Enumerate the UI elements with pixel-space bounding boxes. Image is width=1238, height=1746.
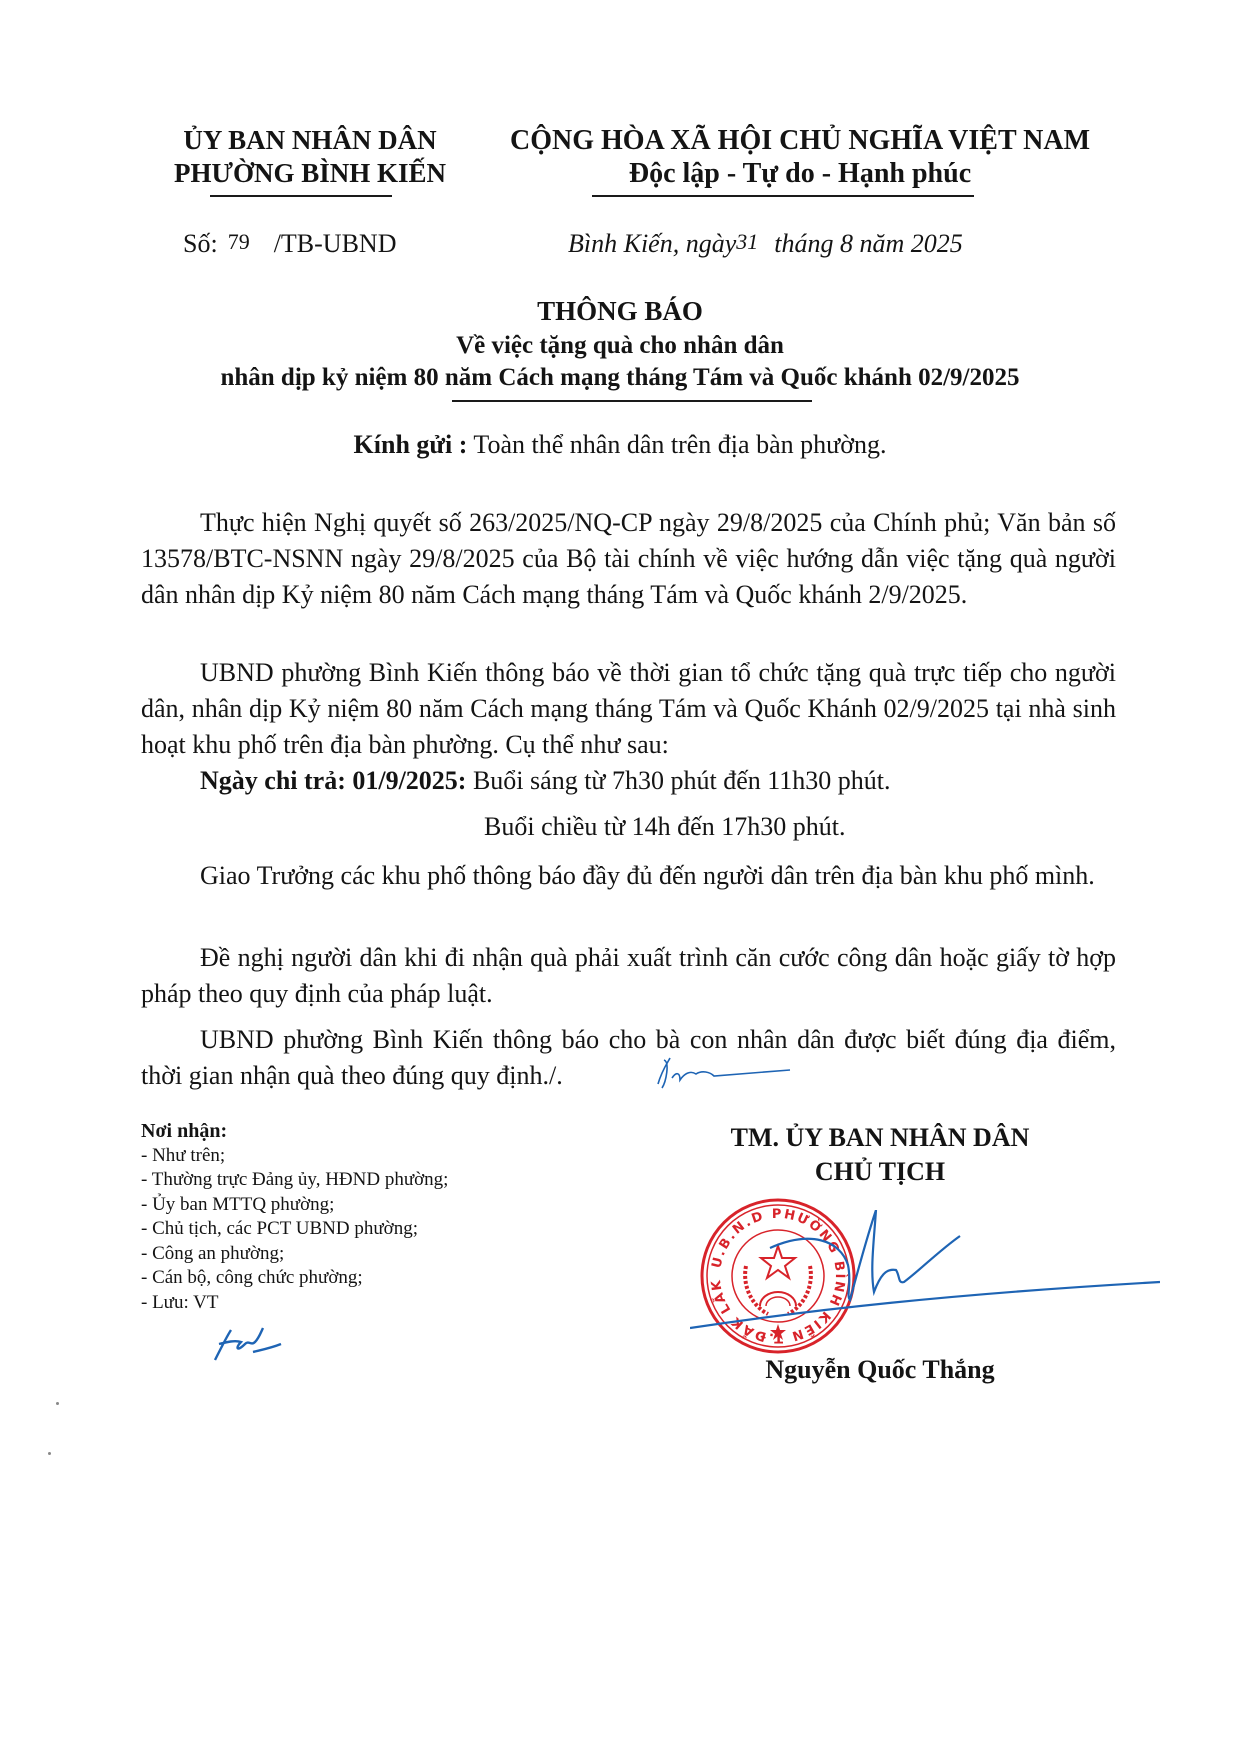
paragraph-closing: UBND phường Bình Kiến thông báo cho bà c… [141,1022,1116,1094]
signature-org: TM. ỦY BAN NHÂN DÂN [680,1121,1080,1155]
scan-speck [48,1452,51,1455]
agency-underline [210,195,392,197]
country-name: CỘNG HÒA XÃ HỘI CHỦ NGHĨA VIỆT NAM [480,124,1120,157]
handwritten-signature [690,1210,1160,1330]
addressee-text: Toàn thể nhân dân trên địa bàn phường. [467,430,886,459]
agency-line-2: PHƯỜNG BÌNH KIẾN [140,157,480,190]
document-subtitle-2: nhân dịp kỷ niệm 80 năm Cách mạng tháng … [130,364,1110,392]
issuing-agency: ỦY BAN NHÂN DÂN PHƯỜNG BÌNH KIẾN [140,124,480,190]
paragraph-id-requirement: Đề nghị người dân khi đi nhận quà phải x… [141,940,1116,1012]
recipients-label: Nơi nhận: [141,1119,448,1144]
motto-underline [592,195,974,197]
motto: Độc lập - Tự do - Hạnh phúc [480,157,1120,190]
addressee-label: Kính gửi : [354,430,468,459]
number-suffix: /TB-UBND [274,229,397,258]
number-prefix: Số: [183,229,218,258]
date-suffix: tháng 8 năm 2025 [774,229,963,258]
signature-title: CHỦ TỊCH [680,1155,1080,1189]
recipient-item: - Chủ tịch, các PCT UBND phường; [141,1217,448,1242]
document-number: Số:79/TB-UBND [183,229,396,259]
recipient-item: - Như trên; [141,1144,448,1169]
recipient-item: - Ủy ban MTTQ phường; [141,1193,448,1218]
date-prefix: Bình Kiến, ngày [568,229,736,258]
paragraph-announcement: UBND phường Bình Kiến thông báo về thời … [141,655,1116,763]
signatory-name: Nguyễn Quốc Thắng [680,1355,1080,1385]
document-subtitle-1: Về việc tặng quà cho nhân dân [130,332,1110,360]
document-date: Bình Kiến, ngày31tháng 8 năm 2025 [568,229,963,259]
recipient-item: - Thường trực Đảng ủy, HĐND phường; [141,1168,448,1193]
national-motto: CỘNG HÒA XÃ HỘI CHỦ NGHĨA VIỆT NAM Độc l… [480,124,1120,190]
agency-line-1: ỦY BAN NHÂN DÂN [140,124,480,157]
schedule-morning: Ngày chi trả: 01/9/2025: Buổi sáng từ 7h… [200,766,891,796]
schedule-afternoon: Buổi chiều từ 14h đến 17h30 phút. [484,812,845,842]
recipient-item: - Công an phường; [141,1242,448,1267]
title-underline [452,400,812,402]
schedule-label: Ngày chi trả: 01/9/2025: [200,766,466,795]
recipients-list: Nơi nhận: - Như trên; - Thường trực Đảng… [141,1119,448,1315]
recipient-item: - Cán bộ, công chức phường; [141,1266,448,1291]
initials-mark [640,1052,800,1092]
paragraph-basis: Thực hiện Nghị quyết số 263/2025/NQ-CP n… [141,505,1116,613]
schedule-morning-text: Buổi sáng từ 7h30 phút đến 11h30 phút. [466,766,890,795]
clerk-initials-mark [205,1322,285,1366]
recipient-item: - Lưu: VT [141,1291,448,1316]
document-title: THÔNG BÁO [130,296,1110,327]
date-day: 31 [736,229,758,254]
signature-authority: TM. ỦY BAN NHÂN DÂN CHỦ TỊCH [680,1121,1080,1189]
addressee: Kính gửi : Toàn thể nhân dân trên địa bà… [130,430,1110,460]
scan-speck [56,1402,59,1405]
number-value: 79 [228,229,250,254]
paragraph-assignment: Giao Trưởng các khu phố thông báo đầy đủ… [141,858,1116,894]
